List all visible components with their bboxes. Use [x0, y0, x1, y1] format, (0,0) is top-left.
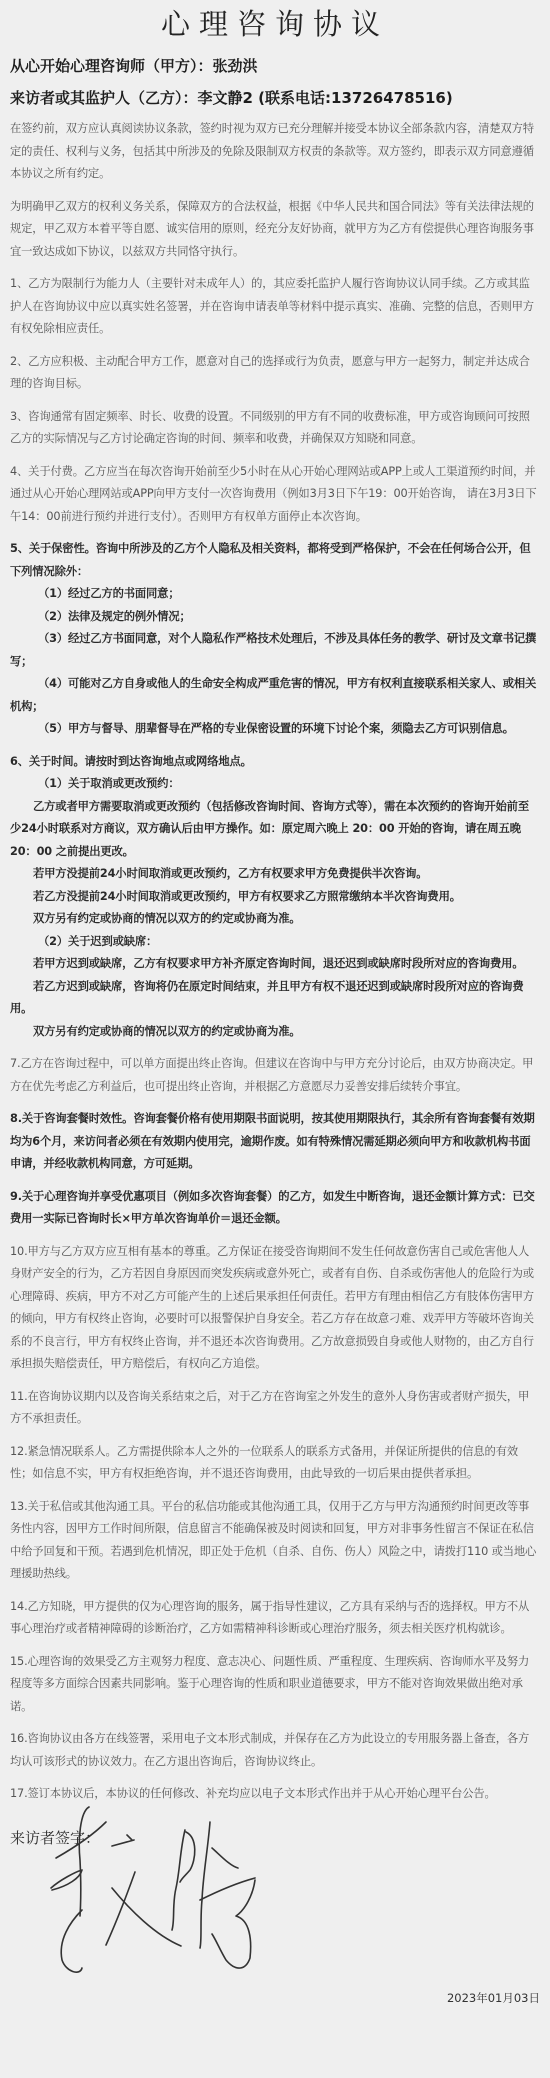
clause-6-heading: 6、关于时间。请按时到达咨询地点或网络地点。 — [10, 751, 540, 774]
party-a: 从心开始心理咨询师（甲方）：张劲洪 — [10, 56, 540, 76]
clause-6-sub1-line: 若乙方没提前24小时间取消或更改预约，甲方有权要求乙方照常缴纳本半次咨询费用。 — [10, 886, 540, 909]
clause-11: 11.在咨询协议期内以及咨询关系结束之后，对于乙方在咨询室之外发生的意外人身伤害… — [10, 1386, 540, 1431]
clause-6-sub1-line: 双方另有约定或协商的情况以双方的约定或协商为准。 — [10, 908, 540, 931]
page-title: 心理咨询协议 — [10, 0, 540, 50]
clause-6-sub2-title: （2）关于迟到或缺席： — [10, 931, 540, 954]
clause-5: 5、关于保密性。咨询中所涉及的乙方个人隐私及相关资料，都将受到严格保护，不会在任… — [10, 538, 540, 741]
clause-16: 16.咨询协议由各方在线签署，采用电子文本形式制成，并保存在乙方为此设立的专用服… — [10, 1728, 540, 1773]
handwritten-signature-icon — [40, 1800, 280, 1980]
clause-9: 9.关于心理咨询并享受优惠项目（例如多次咨询套餐）的乙方，如发生中断咨询，退还金… — [10, 1186, 540, 1231]
clause-7: 7.乙方在咨询过程中，可以单方面提出终止咨询。但建议在咨询中与甲方充分讨论后，由… — [10, 1053, 540, 1098]
clause-5-item: （4）可能对乙方自身或他人的生命安全构成严重危害的情况，甲方有权利直接联系相关家… — [10, 673, 540, 718]
clause-5-item: （1）经过乙方的书面同意； — [10, 583, 540, 606]
agreement-page: 心理咨询协议 从心开始心理咨询师（甲方）：张劲洪 来访者或其监护人（乙方）：李文… — [0, 0, 550, 2078]
clause-8: 8.关于咨询套餐时效性。咨询套餐价格有使用期限书面说明，按其使用期限执行，其余所… — [10, 1108, 540, 1176]
intro-paragraph-1: 在签约前，双方应认真阅读协议条款，签约时视为双方已充分理解并接受本协议全部条款内… — [10, 118, 540, 186]
clause-15: 15.心理咨询的效果受乙方主观努力程度、意志决心、问题性质、严重程度、生理疾病、… — [10, 1651, 540, 1719]
clause-3: 3、咨询通常有固定频率、时长、收费的设置。不同级别的甲方有不同的收费标准，甲方或… — [10, 406, 540, 451]
intro-paragraph-2: 为明确甲乙双方的权利义务关系，保障双方的合法权益，根据《中华人民共和国合同法》等… — [10, 196, 540, 264]
clause-6: 6、关于时间。请按时到达咨询地点或网络地点。 （1）关于取消或更改预约： 乙方或… — [10, 751, 540, 1044]
signing-date: 2023年01月03日 — [447, 1990, 540, 2006]
clause-6-sub1-line: 乙方或者甲方需要取消或更改预约（包括修改咨询时间、咨询方式等），需在本次预约的咨… — [10, 796, 540, 864]
clause-2: 2、乙方应积极、主动配合甲方工作，愿意对自己的选择或行为负责，愿意与甲方一起努力… — [10, 351, 540, 396]
clause-5-item: （5）甲方与督导、朋辈督导在严格的专业保密设置的环境下讨论个案，须隐去乙方可识别… — [10, 718, 540, 741]
clause-10: 10.甲方与乙方双方应互相有基本的尊重。乙方保证在接受咨询期间不发生任何故意伤害… — [10, 1241, 540, 1376]
clause-6-sub2-line: 若乙方迟到或缺席，咨询将仍在原定时间结束，并且甲方有权不退还迟到或缺席时段所对应… — [10, 976, 540, 1021]
clause-6-sub2-line: 若甲方迟到或缺席，乙方有权要求甲方补齐原定咨询时间，退还迟到或缺席时段所对应的咨… — [10, 953, 540, 976]
clause-5-item: （2）法律及规定的例外情况； — [10, 606, 540, 629]
clause-13: 13.关于私信或其他沟通工具。平台的私信功能或其他沟通工具，仅用于乙方与甲方沟通… — [10, 1496, 540, 1586]
clause-1: 1、乙方为限制行为能力人（主要针对未成年人）的，其应委托监护人履行咨询协议认同手… — [10, 273, 540, 341]
clause-14: 14.乙方知晓，甲方提供的仅为心理咨询的服务，属于指导性建议，乙方具有采纳与否的… — [10, 1596, 540, 1641]
clause-5-item: （3）经过乙方书面同意，对个人隐私作严格技术处理后，不涉及具体任务的教学、研讨及… — [10, 628, 540, 673]
party-b: 来访者或其监护人（乙方）：李文静2 (联系电话:13726478516) — [10, 88, 540, 108]
clause-6-sub1-line: 若甲方没提前24小时间取消或更改预约，乙方有权要求甲方免费提供半次咨询。 — [10, 863, 540, 886]
clause-6-sub1-title: （1）关于取消或更改预约： — [10, 773, 540, 796]
clause-5-heading: 5、关于保密性。咨询中所涉及的乙方个人隐私及相关资料，都将受到严格保护，不会在任… — [10, 538, 540, 583]
clause-6-sub2-line: 双方另有约定或协商的情况以双方的约定或协商为准。 — [10, 1021, 540, 1044]
clause-12: 12.紧急情况联系人。乙方需提供除本人之外的一位联系人的联系方式备用，并保证所提… — [10, 1441, 540, 1486]
clause-4: 4、关于付费。乙方应当在每次咨询开始前至少5小时在从心开始心理网站或APP上或人… — [10, 461, 540, 529]
